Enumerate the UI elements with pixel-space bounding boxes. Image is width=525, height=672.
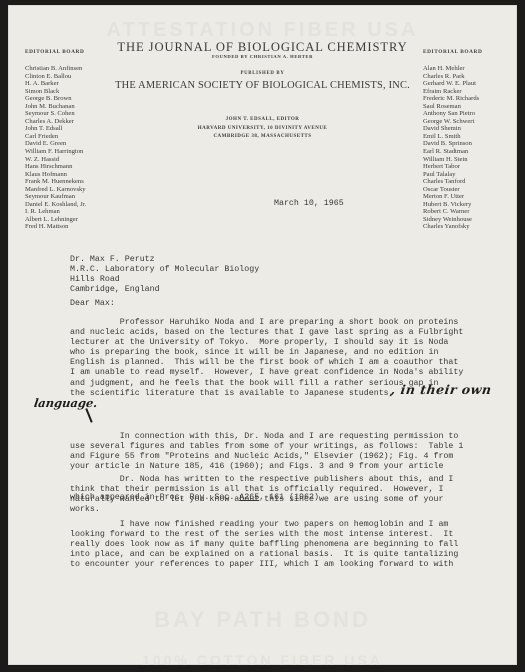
board-member: Oscar Touster: [423, 186, 479, 194]
board-member: Frank M. Huennekens: [25, 178, 86, 186]
board-member: Paul Talalay: [423, 171, 479, 179]
editor-name: JOHN T. EDSALL, EDITOR: [0, 116, 525, 125]
text-line: to encounter your references to paper II…: [70, 560, 458, 570]
editor-address-line1: HARVARD UNIVERSITY, 10 DIVINITY AVENUE: [0, 125, 525, 134]
text-line: use several figures and tables from some…: [70, 442, 463, 452]
text-line: who is preparing the book, since it will…: [70, 348, 463, 358]
letter-date: March 10, 1965: [274, 199, 344, 208]
watermark-middle: BAY PATH BOND: [8, 607, 517, 633]
recipient-name: Dr. Max F. Perutz: [70, 255, 259, 265]
founded-by: FOUNDED BY CHRISTIAN A. HERTER: [0, 54, 525, 59]
text-line: Professor Haruhiko Noda and I are prepar…: [70, 318, 463, 328]
board-member: Klaus Hofmann: [25, 171, 86, 179]
board-member: Hans Hirschmann: [25, 163, 86, 171]
paragraph-3: Dr. Noda has written to the respective p…: [70, 475, 453, 515]
text-line: In connection with this, Dr. Noda and I …: [70, 432, 463, 442]
board-member: Saul Roseman: [423, 103, 479, 111]
recipient-city: Cambridge, England: [70, 285, 259, 295]
board-member: W. Z. Hassid: [25, 156, 86, 164]
board-member: Daniel E. Koshland, Jr.: [25, 201, 86, 209]
board-member: Fred H. Mattson: [25, 223, 86, 231]
watermark-bottom: 100% COTTON FIBER USA: [8, 652, 517, 668]
text-line: into place, and can be explained on a ra…: [70, 550, 458, 560]
handwritten-insert-line2: language.: [33, 396, 98, 410]
board-member: Robert C. Warner: [423, 208, 479, 216]
board-member: William F. Harrington: [25, 148, 86, 156]
editor-address-line2: CAMBRIDGE 38, MASSACHUSETTS: [0, 133, 525, 142]
salutation: Dear Max:: [70, 299, 115, 308]
handwritten-insert-line1: , in their own: [390, 382, 493, 397]
board-member: Seymour Kaufman: [25, 193, 86, 201]
board-member: Frederic M. Richards: [423, 95, 479, 103]
text-line: and Figure 55 from "Proteins and Nucleic…: [70, 452, 463, 462]
board-member: Charles Tanford: [423, 178, 479, 186]
text-line: naturally wanted to let you know about t…: [70, 495, 453, 505]
text-line: I have now finished reading your two pap…: [70, 520, 458, 530]
text-line: I am unable to read myself. However, I h…: [70, 368, 463, 378]
text-line: your article in Nature 185, 416 (1960); …: [70, 462, 463, 472]
board-member: Manfred L. Karnovsky: [25, 186, 86, 194]
recipient-institution: M.R.C. Laboratory of Molecular Biology: [70, 265, 259, 275]
recipient-street: Hills Road: [70, 275, 259, 285]
board-member: Albert L. Lehninger: [25, 216, 86, 224]
text-line: really does look now as if many quite ba…: [70, 540, 458, 550]
text-line: lecturer at the University of Tokyo. Mor…: [70, 338, 463, 348]
board-member: William H. Stein: [423, 156, 479, 164]
text-line: looking forward to the rest of the serie…: [70, 530, 458, 540]
board-member: Hubert B. Vickery: [423, 201, 479, 209]
editor-block: JOHN T. EDSALL, EDITOR HARVARD UNIVERSIT…: [0, 116, 525, 142]
text-line: and nucleic acids, based on the lectures…: [70, 328, 463, 338]
text-line: think that their permission is all that …: [70, 485, 453, 495]
published-by: PUBLISHED BY: [0, 71, 525, 76]
board-member: Earl R. Stadtman: [423, 148, 479, 156]
text-line: Dr. Noda has written to the respective p…: [70, 475, 453, 485]
journal-title: THE JOURNAL OF BIOLOGICAL CHEMISTRY: [0, 40, 525, 55]
society-name: THE AMERICAN SOCIETY OF BIOLOGICAL CHEMI…: [0, 80, 525, 91]
board-member: John M. Buchanan: [25, 103, 86, 111]
paragraph-4: I have now finished reading your two pap…: [70, 520, 458, 570]
board-member: Merton F. Utter: [423, 193, 479, 201]
board-member: Sidney Weinhouse: [423, 216, 479, 224]
text-line: English is planned. This will be the fir…: [70, 358, 463, 368]
watermark-top: ATTESTATION FIBER USA: [8, 19, 517, 42]
recipient-address: Dr. Max F. Perutz M.R.C. Laboratory of M…: [70, 255, 259, 295]
board-member: Charles Yanofsky: [423, 223, 479, 231]
board-member: I. R. Lehman: [25, 208, 86, 216]
board-member: Herbert Tabor: [423, 163, 479, 171]
board-member: George B. Brown: [25, 95, 86, 103]
text-line: works.: [70, 505, 453, 515]
